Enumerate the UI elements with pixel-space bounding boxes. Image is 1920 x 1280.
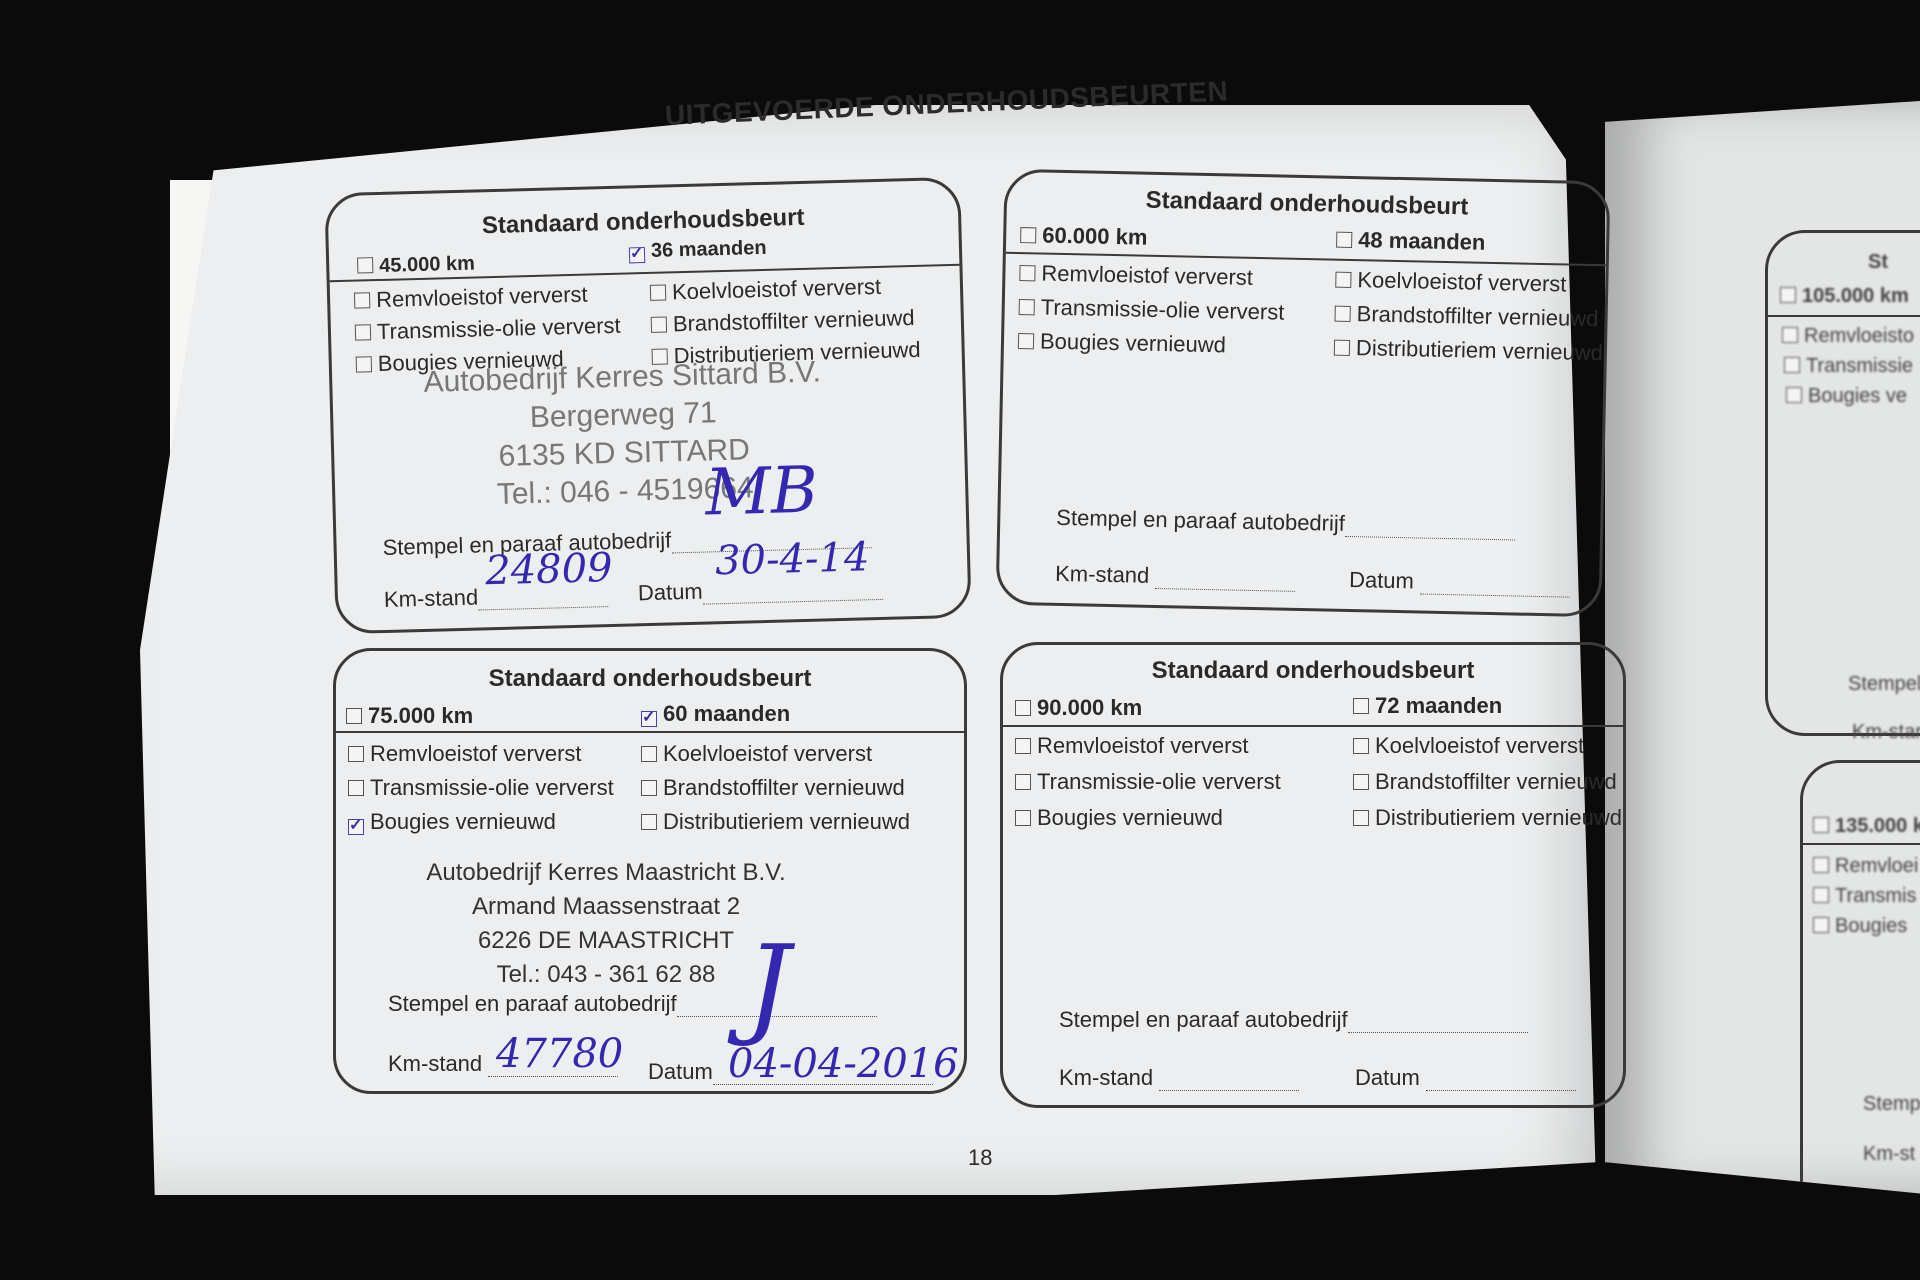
checkbox-icon[interactable] — [348, 746, 364, 762]
odometer-field: Km-stand — [1059, 1065, 1299, 1091]
item-spark-plugs: Bougies vernieuwd — [1015, 805, 1223, 831]
partial-km: 135.000 k — [1813, 815, 1920, 838]
handwritten-km: 47780 — [496, 1031, 623, 1077]
checkbox-icon[interactable] — [641, 780, 657, 796]
item-fuel-filter: Brandstoffilter vernieuwd — [1334, 301, 1598, 333]
checkbox-icon[interactable] — [1020, 227, 1036, 243]
card-heading: Standaard onderhoudsbeurt — [328, 200, 959, 244]
stamp-line: Armand Maassenstraat 2 — [366, 890, 846, 924]
divider — [336, 731, 964, 733]
stamp-signature-field: Stempel en paraaf autobedrijf — [1059, 1007, 1528, 1033]
partial-stamp-label: Stemp — [1863, 1093, 1920, 1116]
signature: MB — [704, 454, 818, 531]
item-transmission-oil: Transmissie-olie ververst — [1018, 294, 1284, 326]
date-field: Datum — [1349, 567, 1570, 598]
checkbox-icon[interactable] — [346, 708, 362, 724]
divider — [1768, 315, 1920, 317]
partial-heading: St — [1868, 251, 1888, 274]
checkbox-icon[interactable] — [1019, 299, 1035, 315]
stamp-signature-field: Stempel en paraaf autobedrijf — [388, 991, 877, 1017]
item-spark-plugs: Bougies vernieuwd — [1018, 328, 1226, 358]
checkbox-icon[interactable] — [1015, 738, 1031, 754]
months-option: ✓60 maanden — [641, 701, 790, 727]
checkbox-icon[interactable] — [1353, 698, 1369, 714]
service-card-60000: Standaard onderhoudsbeurt 60.000 km 48 m… — [996, 169, 1611, 618]
item-fuel-filter: Brandstoffilter vernieuwd — [641, 775, 905, 801]
checkbox-icon[interactable] — [1015, 700, 1031, 716]
partial-card-105000: St 105.000 km Remvloeisto Transmissie Bo… — [1765, 230, 1920, 736]
checkbox-icon[interactable] — [1353, 738, 1369, 754]
item-brake-fluid: Remvloeistof ververst — [1019, 260, 1253, 291]
item-brake-fluid: Remvloeistof ververst — [354, 282, 588, 314]
checked-checkbox-icon[interactable]: ✓ — [629, 247, 645, 263]
service-card-90000: Standaard onderhoudsbeurt 90.000 km 72 m… — [1000, 642, 1626, 1108]
date-field: Datum — [1355, 1065, 1576, 1091]
stamp-signature-field: Stempel en paraaf autobedrijf — [1056, 505, 1515, 541]
divider — [1803, 843, 1920, 845]
partial-row: Remvloei — [1813, 855, 1918, 878]
item-transmission-oil: Transmissie-olie ververst — [348, 775, 614, 801]
checkbox-icon[interactable] — [1353, 810, 1369, 826]
card-heading: Standaard onderhoudsbeurt — [1007, 184, 1607, 225]
item-coolant: Koelvloeistof ververst — [641, 741, 872, 767]
partial-odometer-label: Km-st — [1863, 1143, 1915, 1166]
checkbox-icon[interactable] — [1353, 774, 1369, 790]
next-page: St 105.000 km Remvloeisto Transmissie Bo… — [1605, 100, 1920, 1195]
checkbox-icon[interactable] — [1015, 774, 1031, 790]
checkbox-icon[interactable] — [641, 814, 657, 830]
checkbox-icon — [1784, 357, 1800, 373]
months-option: ✓36 maanden — [629, 237, 767, 264]
checkbox-icon — [1780, 287, 1796, 303]
checkbox-icon — [1813, 917, 1829, 933]
item-spark-plugs: ✓Bougies vernieuwd — [348, 809, 556, 835]
checkbox-icon[interactable] — [1015, 810, 1031, 826]
partial-row: Transmis — [1813, 885, 1916, 908]
checkbox-icon[interactable] — [1018, 333, 1034, 349]
item-coolant: Koelvloeistof ververst — [650, 274, 882, 306]
checkbox-icon — [1813, 857, 1829, 873]
card-heading: Standaard onderhoudsbeurt — [336, 665, 964, 693]
checkbox-icon — [1786, 387, 1802, 403]
partial-row: Remvloeisto — [1782, 325, 1914, 348]
service-card-75000: Standaard onderhoudsbeurt 75.000 km ✓60 … — [333, 648, 967, 1094]
service-card-45000: Standaard onderhoudsbeurt 45.000 km ✓36 … — [324, 177, 971, 634]
checkbox-icon[interactable] — [356, 356, 372, 372]
handwritten-date: 30-4-14 — [714, 534, 869, 584]
partial-card-135000: S 135.000 k Remvloei Transmis Bougies St… — [1800, 760, 1920, 1266]
signature: J — [746, 921, 790, 1049]
partial-odometer-label: Km-stand — [1852, 721, 1920, 744]
handwritten-km: 24809 — [485, 545, 613, 594]
card-heading: Standaard onderhoudsbeurt — [1003, 657, 1623, 685]
item-transmission-oil: Transmissie-olie ververst — [1015, 769, 1281, 795]
months-option: 72 maanden — [1353, 693, 1502, 719]
checkbox-icon[interactable] — [650, 284, 666, 300]
partial-km: 105.000 km — [1780, 285, 1909, 308]
item-fuel-filter: Brandstoffilter vernieuwd — [1353, 769, 1617, 795]
km-option: 45.000 km — [357, 252, 475, 278]
checkbox-icon — [1782, 327, 1798, 343]
item-timing-belt: Distributieriem vernieuwd — [641, 809, 910, 835]
checkbox-icon[interactable] — [357, 257, 373, 273]
partial-row: Transmissie — [1784, 355, 1913, 378]
stamp-line: Autobedrijf Kerres Maastricht B.V. — [366, 856, 846, 890]
item-fuel-filter: Brandstoffilter vernieuwd — [651, 305, 915, 338]
item-timing-belt: Distributieriem vernieuwd — [1353, 805, 1622, 831]
divider — [1003, 725, 1623, 727]
item-coolant: Koelvloeistof ververst — [1335, 267, 1567, 298]
checkbox-icon[interactable] — [348, 780, 364, 796]
partial-row: Bougies ve — [1786, 385, 1907, 408]
partial-row: Bougies — [1813, 915, 1907, 938]
km-option: 60.000 km — [1020, 222, 1148, 251]
checkbox-icon — [1813, 817, 1829, 833]
item-coolant: Koelvloeistof ververst — [1353, 733, 1584, 759]
page-number: 18 — [968, 1145, 992, 1171]
item-transmission-oil: Transmissie-olie ververst — [355, 313, 621, 346]
item-brake-fluid: Remvloeistof ververst — [1015, 733, 1249, 759]
months-option: 48 maanden — [1336, 227, 1486, 256]
checkbox-icon[interactable] — [651, 316, 667, 332]
checkbox-icon[interactable] — [354, 292, 370, 308]
checkbox-icon[interactable] — [355, 324, 371, 340]
checked-checkbox-icon[interactable]: ✓ — [348, 819, 364, 835]
partial-stamp-label: Stempel — [1848, 673, 1920, 696]
km-option: 75.000 km — [346, 703, 473, 729]
checkbox-icon — [1813, 887, 1829, 903]
item-timing-belt: Distributieriem vernieuwd — [1334, 335, 1603, 367]
km-option: 90.000 km — [1015, 695, 1142, 721]
checkbox-icon[interactable] — [1336, 232, 1352, 248]
checked-checkbox-icon[interactable]: ✓ — [641, 711, 657, 727]
item-brake-fluid: Remvloeistof ververst — [348, 741, 582, 767]
checkbox-icon[interactable] — [1019, 265, 1035, 281]
odometer-field: Km-stand — [1055, 561, 1296, 592]
checkbox-icon[interactable] — [1335, 272, 1351, 288]
checkbox-icon[interactable] — [1335, 306, 1351, 322]
checkbox-icon[interactable] — [641, 746, 657, 762]
checkbox-icon[interactable] — [1334, 340, 1350, 356]
